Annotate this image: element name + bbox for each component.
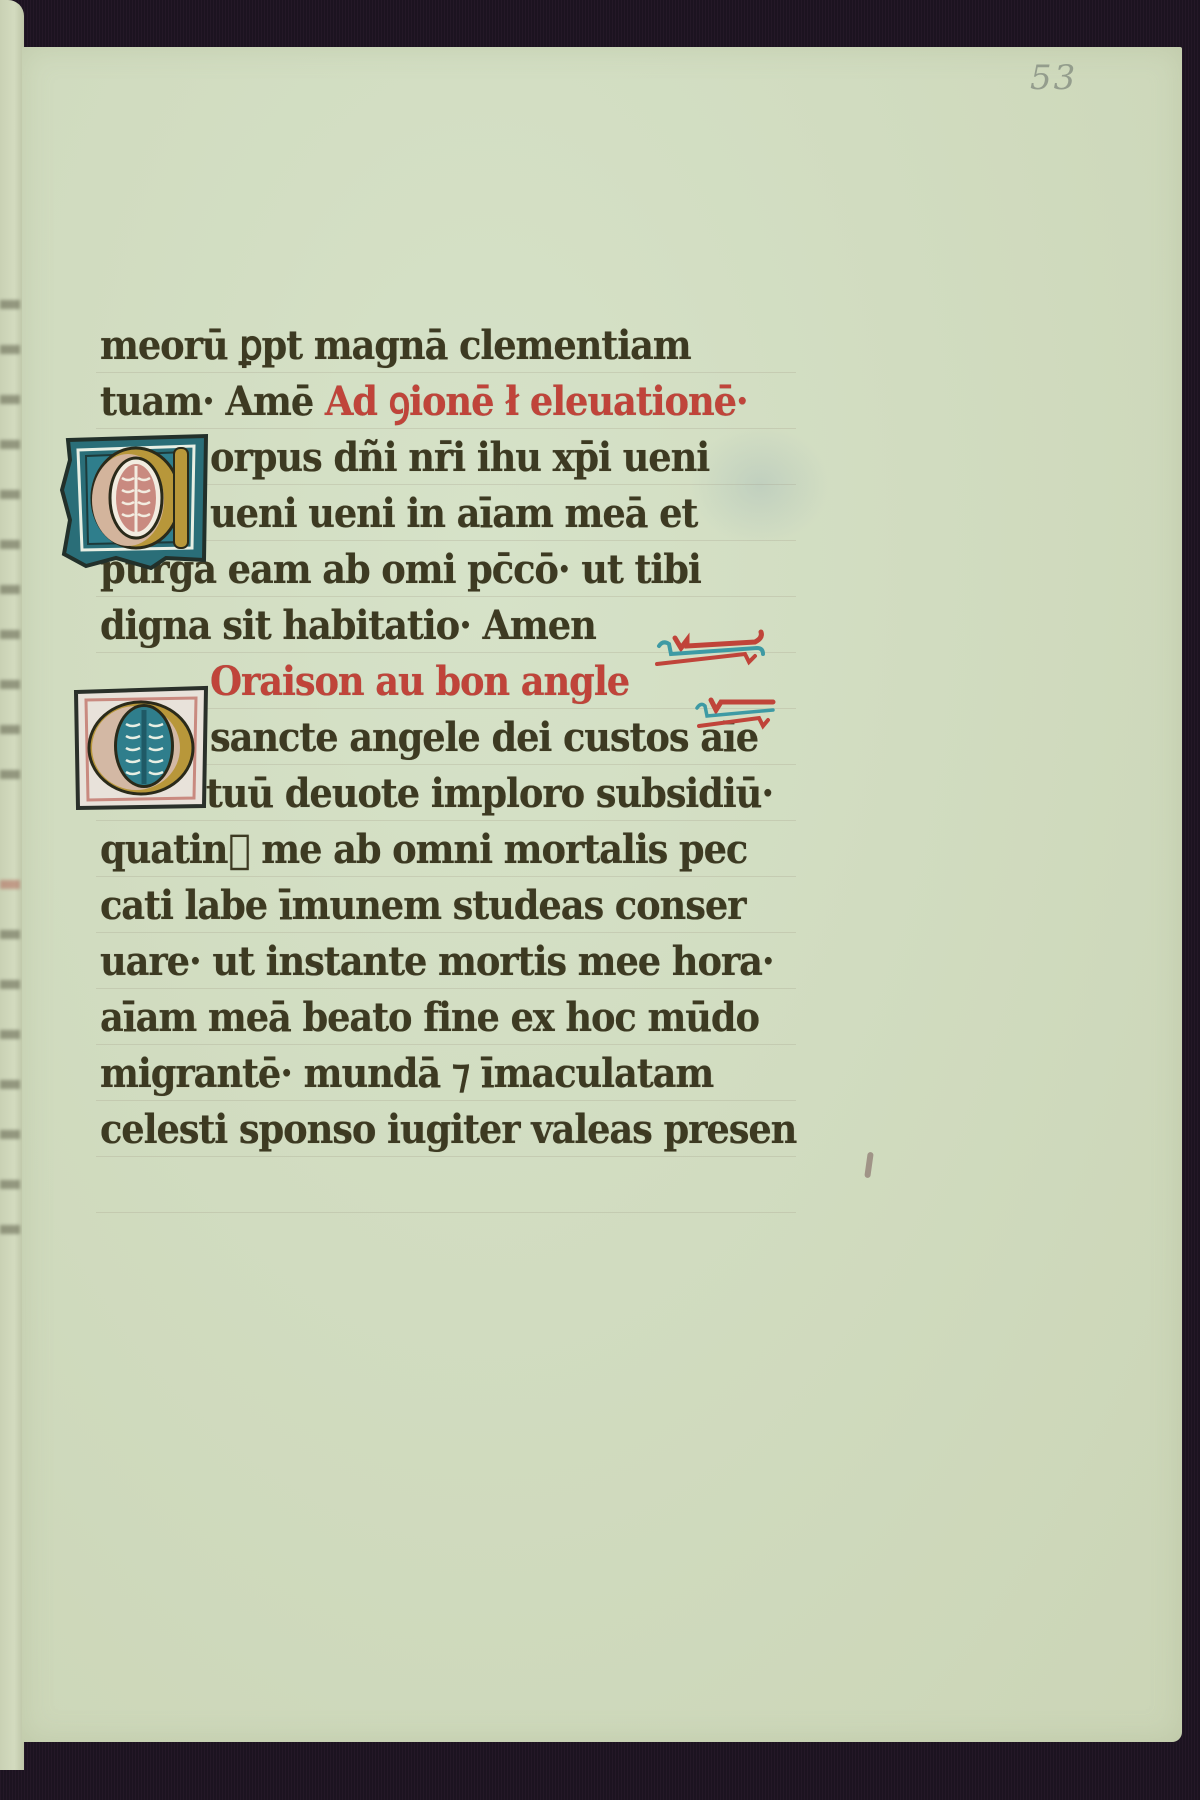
text-line: Oraison au bon angle [210,654,629,710]
text-line: tuam· Amē Ad ꝯionē ł eleuationē· [100,374,748,430]
folio-number: 53 [1030,58,1077,98]
parchment-stain [690,425,830,545]
rubric: Oraison au bon angle [210,658,629,705]
rubric: Ad ꝯionē ł eleuationē· [325,378,748,425]
text-line: ueni ueni in aīam meā et [210,486,697,542]
text-line: quatin᷒ me ab omni mortalis pec [100,822,747,878]
text-line: uare· ut instante mortis mee hora· [100,934,774,990]
text-line: aīam meā beato fine ex hoc mūdo [100,990,759,1046]
verso-page-edge [0,0,24,1770]
text-line: migrantē· mundā ⁊ īmaculatam [100,1046,713,1102]
text-line: digna sit habitatio· Amen [100,598,596,654]
text-line: cati labe īmunem studeas conser [100,878,745,934]
text-line: meorū ꝑpt magnā clementiam [100,318,691,374]
text-line: sancte angele dei custos aīe [210,710,758,766]
line-filler-2 [695,690,780,732]
line-filler-1 [655,628,770,670]
text-line: celesti sponso iugiter valeas presen [100,1102,796,1158]
illuminated-initial-c [56,430,216,570]
illuminated-initial-o [66,680,216,815]
text-line: orpus dñi nr̄i ihu xp̄i ueni [210,430,709,486]
